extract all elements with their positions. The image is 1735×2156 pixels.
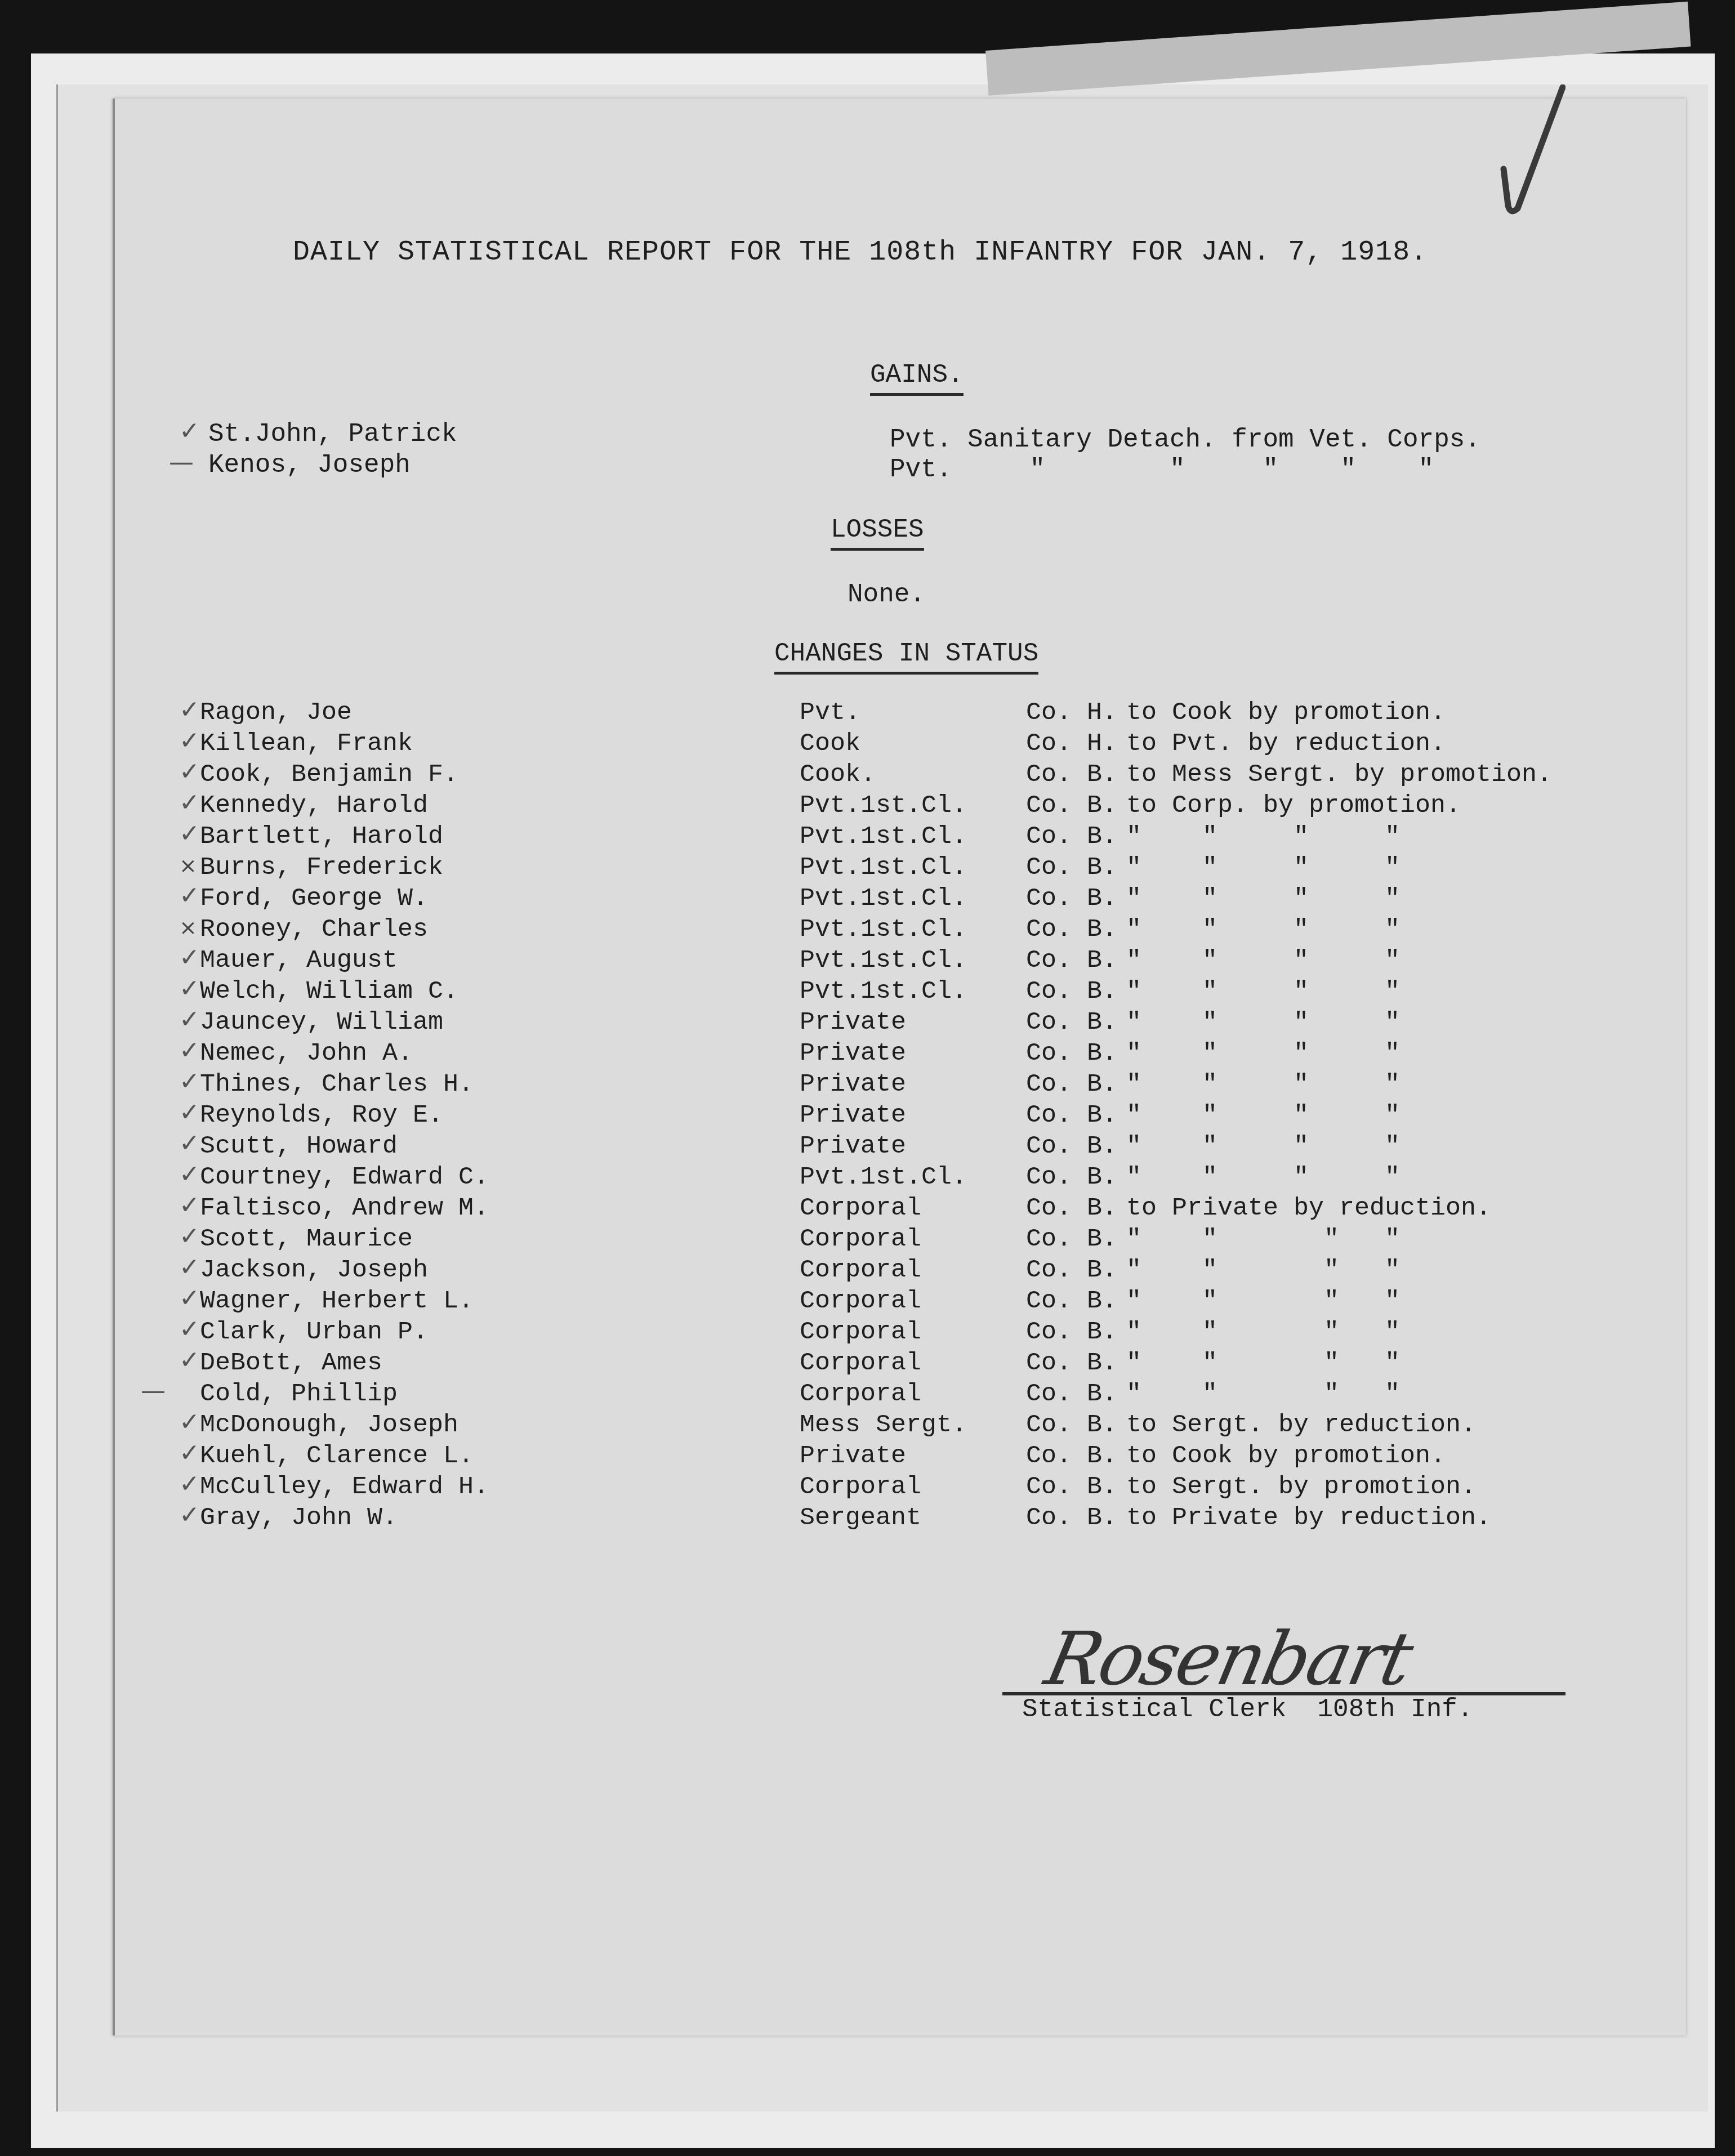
rank: Pvt.1st.Cl. xyxy=(800,853,967,882)
company: Co. B. xyxy=(1026,977,1117,1006)
company: Co. B. xyxy=(1026,1503,1117,1532)
soldier-name: Kennedy, Harold xyxy=(200,791,428,820)
check-icon: ✓ xyxy=(179,726,200,755)
rank: Private xyxy=(800,1101,906,1130)
rank: Corporal xyxy=(800,1287,921,1315)
rank: Corporal xyxy=(800,1380,921,1408)
change: " " " " xyxy=(1126,853,1400,882)
company: Co. B. xyxy=(1026,884,1117,913)
gain-description: Pvt. " " " " " xyxy=(890,455,1434,484)
soldier-name: Thines, Charles H. xyxy=(200,1070,474,1099)
soldier-name: Ragon, Joe xyxy=(200,698,352,727)
change: " " " " xyxy=(1126,1101,1400,1130)
soldier-name: Reynolds, Roy E. xyxy=(200,1101,443,1130)
company: Co. B. xyxy=(1026,822,1117,851)
rank: Mess Sergt. xyxy=(800,1410,967,1439)
company: Co. B. xyxy=(1026,946,1117,975)
check-icon: ✓ xyxy=(179,757,200,786)
change: " " " " xyxy=(1126,915,1400,944)
soldier-name: Bartlett, Harold xyxy=(200,822,443,851)
check-icon: ✓ xyxy=(179,819,200,848)
check-icon: ✓ xyxy=(179,788,200,817)
x-mark-icon: × xyxy=(179,853,197,878)
rank: Pvt. xyxy=(800,698,860,727)
check-icon: ✓ xyxy=(179,1067,200,1096)
dash-mark-icon: — xyxy=(141,1377,166,1405)
check-icon: ✓ xyxy=(179,1439,200,1467)
change: " " " " xyxy=(1126,946,1400,975)
gain-name: St.John, Patrick xyxy=(208,419,457,449)
change: " " " " xyxy=(1126,884,1400,913)
rank: Private xyxy=(800,1070,906,1099)
rank: Pvt.1st.Cl. xyxy=(800,915,967,944)
company: Co. B. xyxy=(1026,853,1117,882)
soldier-name: Cold, Phillip xyxy=(200,1380,398,1408)
check-icon: ✓ xyxy=(179,974,200,1003)
check-icon: ✓ xyxy=(179,1346,200,1374)
change: to Pvt. by reduction. xyxy=(1126,729,1446,758)
soldier-name: McCulley, Edward H. xyxy=(200,1472,489,1501)
check-icon: ✓ xyxy=(179,1129,200,1158)
rank: Pvt.1st.Cl. xyxy=(800,1163,967,1191)
rank: Private xyxy=(800,1008,906,1037)
rank: Sergeant xyxy=(800,1503,921,1532)
losses-text: None. xyxy=(848,580,925,609)
company: Co. B. xyxy=(1026,1101,1117,1130)
change: " " " " xyxy=(1126,822,1400,851)
company: Co. B. xyxy=(1026,915,1117,944)
company: Co. B. xyxy=(1026,1349,1117,1377)
company: Co. B. xyxy=(1026,760,1117,789)
company: Co. B. xyxy=(1026,1256,1117,1284)
change: " " " " xyxy=(1126,1039,1400,1068)
change: " " " " xyxy=(1126,977,1400,1006)
company: Co. B. xyxy=(1026,1225,1117,1253)
check-icon: ✓ xyxy=(179,1253,200,1282)
change: " " " " xyxy=(1126,1008,1400,1037)
change: to Corp. by promotion. xyxy=(1126,791,1461,820)
gains-heading: GAINS. xyxy=(870,360,964,390)
soldier-name: Burns, Frederick xyxy=(200,853,443,882)
company: Co. H. xyxy=(1026,698,1117,727)
company: Co. B. xyxy=(1026,1070,1117,1099)
soldier-name: Courtney, Edward C. xyxy=(200,1163,489,1191)
company: Co. B. xyxy=(1026,1318,1117,1346)
rank: Corporal xyxy=(800,1318,921,1346)
soldier-name: Killean, Frank xyxy=(200,729,413,758)
changes-in-status-heading: CHANGES IN STATUS xyxy=(774,639,1038,668)
change: " " " " xyxy=(1126,1163,1400,1191)
change: to Private by reduction. xyxy=(1126,1194,1491,1222)
rank: Pvt.1st.Cl. xyxy=(800,977,967,1006)
rank: Private xyxy=(800,1132,906,1160)
company: Co. B. xyxy=(1026,791,1117,820)
dash-mark-icon: — xyxy=(169,448,194,477)
gain-name: Kenos, Joseph xyxy=(208,450,411,480)
soldier-name: Jackson, Joseph xyxy=(200,1256,428,1284)
company: Co. B. xyxy=(1026,1194,1117,1222)
check-icon: ✓ xyxy=(179,1191,200,1220)
change: " " " " xyxy=(1126,1225,1400,1253)
change: to Sergt. by reduction. xyxy=(1126,1410,1476,1439)
company: Co. B. xyxy=(1026,1287,1117,1315)
soldier-name: Clark, Urban P. xyxy=(200,1318,428,1346)
company: Co. B. xyxy=(1026,1380,1117,1408)
check-icon: ✓ xyxy=(179,1036,200,1065)
check-icon: ✓ xyxy=(179,417,200,445)
change: " " " " xyxy=(1126,1318,1400,1346)
soldier-name: Scott, Maurice xyxy=(200,1225,413,1253)
soldier-name: Jauncey, William xyxy=(200,1008,443,1037)
soldier-name: Rooney, Charles xyxy=(200,915,428,944)
change: " " " " xyxy=(1126,1380,1400,1408)
soldier-name: Nemec, John A. xyxy=(200,1039,413,1068)
soldier-name: Wagner, Herbert L. xyxy=(200,1287,474,1315)
company: Co. B. xyxy=(1026,1132,1117,1160)
change: to Sergt. by promotion. xyxy=(1126,1472,1476,1501)
change: " " " " xyxy=(1126,1349,1400,1377)
losses-heading: LOSSES xyxy=(831,515,924,544)
company: Co. B. xyxy=(1026,1039,1117,1068)
rank: Pvt.1st.Cl. xyxy=(800,822,967,851)
soldier-name: Welch, William C. xyxy=(200,977,458,1006)
check-icon: ✓ xyxy=(179,695,200,724)
rank: Corporal xyxy=(800,1256,921,1284)
check-icon: ✓ xyxy=(179,1408,200,1436)
check-icon: ✓ xyxy=(179,1470,200,1498)
check-icon: ✓ xyxy=(179,1222,200,1251)
check-icon: ✓ xyxy=(179,1160,200,1189)
rank: Private xyxy=(800,1039,906,1068)
change: to Mess Sergt. by promotion. xyxy=(1126,760,1552,789)
company: Co. B. xyxy=(1026,1441,1117,1470)
check-mark-icon xyxy=(1492,84,1565,220)
x-mark-icon: × xyxy=(179,915,197,940)
company: Co. B. xyxy=(1026,1472,1117,1501)
check-icon: ✓ xyxy=(179,1284,200,1313)
check-icon: ✓ xyxy=(179,1098,200,1127)
check-icon: ✓ xyxy=(179,943,200,972)
company: Co. H. xyxy=(1026,729,1117,758)
rank: Private xyxy=(800,1441,906,1470)
check-icon: ✓ xyxy=(179,1315,200,1343)
rank: Corporal xyxy=(800,1472,921,1501)
report-title: DAILY STATISTICAL REPORT FOR THE 108th I… xyxy=(293,236,1428,269)
change: to Cook by promotion. xyxy=(1126,1441,1446,1470)
soldier-name: Mauer, August xyxy=(200,946,398,975)
soldier-name: McDonough, Joseph xyxy=(200,1410,458,1439)
check-icon: ✓ xyxy=(179,1501,200,1529)
rank: Cook xyxy=(800,729,860,758)
check-icon: ✓ xyxy=(179,1005,200,1034)
rank: Pvt.1st.Cl. xyxy=(800,791,967,820)
gain-description: Pvt. Sanitary Detach. from Vet. Corps. xyxy=(890,425,1480,454)
change: " " " " xyxy=(1126,1132,1400,1160)
soldier-name: Scutt, Howard xyxy=(200,1132,398,1160)
change: to Cook by promotion. xyxy=(1126,698,1446,727)
rank: Corporal xyxy=(800,1194,921,1222)
soldier-name: DeBott, Ames xyxy=(200,1349,382,1377)
company: Co. B. xyxy=(1026,1163,1117,1191)
rank: Cook. xyxy=(800,760,876,789)
rank: Corporal xyxy=(800,1225,921,1253)
signature: Rosenbart xyxy=(1038,1616,1419,1702)
soldier-name: Ford, George W. xyxy=(200,884,428,913)
signature-caption: Statistical Clerk 108th Inf. xyxy=(1022,1695,1473,1724)
rank: Pvt.1st.Cl. xyxy=(800,884,967,913)
soldier-name: Faltisco, Andrew M. xyxy=(200,1194,489,1222)
soldier-name: Gray, John W. xyxy=(200,1503,398,1532)
company: Co. B. xyxy=(1026,1008,1117,1037)
company: Co. B. xyxy=(1026,1410,1117,1439)
soldier-name: Cook, Benjamin F. xyxy=(200,760,458,789)
check-icon: ✓ xyxy=(179,881,200,910)
change: to Private by reduction. xyxy=(1126,1503,1491,1532)
soldier-name: Kuehl, Clarence L. xyxy=(200,1441,474,1470)
change: " " " " xyxy=(1126,1070,1400,1099)
change: " " " " xyxy=(1126,1287,1400,1315)
rank: Corporal xyxy=(800,1349,921,1377)
rank: Pvt.1st.Cl. xyxy=(800,946,967,975)
change: " " " " xyxy=(1126,1256,1400,1284)
